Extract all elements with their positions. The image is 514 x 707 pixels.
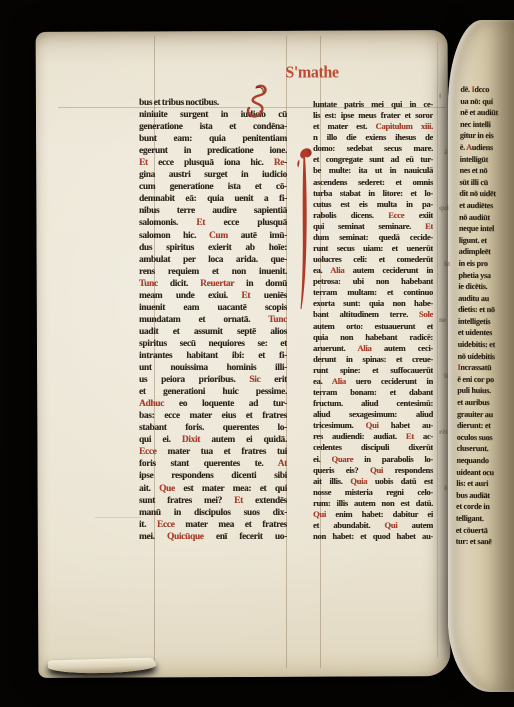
text-line: neque intel bbox=[459, 223, 514, 235]
right-text-column: luntate patris mei qui in ce-lis est: ip… bbox=[313, 99, 433, 542]
gutter-fragment: ā bbox=[444, 148, 448, 156]
text-line: nō uidebitis bbox=[458, 350, 514, 362]
text-line: gitur in eis bbox=[460, 130, 514, 142]
text-line: egerunt in predicatione ione. bbox=[139, 145, 287, 157]
text-line: ait. Que est mater mea: et qui bbox=[139, 483, 287, 495]
text-line: in eis pro bbox=[458, 258, 514, 270]
text-line: phetia ysa bbox=[458, 269, 514, 281]
text-line: ipse respondens dicenti sibi bbox=[139, 470, 287, 482]
text-line: et corde in bbox=[456, 501, 512, 513]
text-line: dierunt: et bbox=[457, 420, 513, 432]
text-line: us peiora prioribus. Sic erit bbox=[139, 374, 287, 386]
text-line: bunt eam: quia penitentiam bbox=[139, 133, 287, 145]
text-line: lis est: ipse meus frater et soror bbox=[313, 110, 433, 121]
text-line: nequando bbox=[456, 455, 512, 467]
text-line: runt spine: et suffocauerūt bbox=[313, 365, 433, 376]
text-line: salomon hic. Cum autē imū- bbox=[139, 230, 287, 242]
text-line: demnabit eā: quia uenit a fi- bbox=[139, 193, 287, 205]
text-line: et mater est. Capitulum xiii. bbox=[313, 121, 433, 132]
text-line: qui seminat seminare. Et bbox=[313, 221, 433, 232]
line-filler-flourish bbox=[245, 84, 269, 124]
gutter-fragment: ūt bbox=[444, 260, 450, 268]
text-line: nec intelli bbox=[460, 118, 514, 130]
text-line: nibus terre audire sapientiā bbox=[139, 205, 287, 217]
text-line: ua nō: qui bbox=[460, 95, 514, 107]
text-line: ē. Audiens bbox=[460, 142, 514, 154]
text-line: lis: et auri bbox=[456, 478, 512, 490]
gutter-fragment: t bbox=[439, 92, 441, 100]
text-line: autem orto: estuauerunt et bbox=[313, 321, 433, 332]
text-line: et uidentes bbox=[458, 327, 514, 339]
text-line: uidebitis: et bbox=[458, 339, 514, 351]
text-line: bus audiāt bbox=[456, 489, 512, 501]
text-line: rum: illis autem non est datū. bbox=[313, 498, 433, 509]
text-line: intelligetis bbox=[458, 316, 514, 328]
text-line: telligant. bbox=[456, 513, 512, 525]
text-line: cedentes discipuli dixerūt bbox=[313, 442, 433, 453]
text-line: ascendens sederet: et omnis bbox=[313, 177, 433, 188]
facing-page-edge: dē. Idccoua nō: quinē et audiūtnec intel… bbox=[448, 20, 514, 692]
text-line: grauiter au bbox=[457, 408, 513, 420]
text-line: dē. Idcco bbox=[460, 84, 514, 96]
text-line: adimpleēt bbox=[459, 246, 514, 258]
chapter-initial-I bbox=[296, 147, 314, 311]
text-line: spiritus secū nequiores se: et bbox=[139, 338, 287, 350]
text-line: ligunt. et bbox=[459, 234, 514, 246]
text-line: foris stant querentes te. At bbox=[139, 458, 287, 470]
text-line: ea. Alia uero ceciderunt in bbox=[313, 376, 433, 387]
text-line: exorta sunt: quia non habe- bbox=[313, 298, 433, 309]
text-line: et cōuertā bbox=[456, 524, 512, 536]
text-line: ea. Alia autem ceciderunt in bbox=[313, 265, 433, 276]
text-line: auditu au bbox=[458, 292, 514, 304]
manuscript-photo: S'mathe bus et tribus noctibus.niniuite … bbox=[0, 0, 514, 707]
left-text-column: bus et tribus noctibus.niniuite surgent … bbox=[139, 97, 287, 543]
text-line: cum generatione ista et cō- bbox=[139, 181, 287, 193]
text-line: oculos suos bbox=[457, 432, 513, 444]
gutter-fragment: īt bbox=[444, 372, 448, 380]
text-line: rens requiem et non inuenit. bbox=[139, 266, 287, 278]
text-line: queris eis? Qui respondens bbox=[313, 465, 433, 476]
text-line: qui ei. Dixit autem ei quidā. bbox=[139, 434, 287, 446]
text-line: res audiendi: audiat. Et ac- bbox=[313, 431, 433, 442]
text-line: dum seminat: quedā cecide- bbox=[313, 232, 433, 243]
text-line: terram multam: et continuo bbox=[313, 287, 433, 298]
text-line: Adhuc eo loquente ad tur- bbox=[139, 398, 287, 410]
text-line: petrosa: ubi non habebant bbox=[313, 276, 433, 287]
text-line: dit nō uidēt bbox=[459, 188, 514, 200]
text-line: meam unde exiui. Et ueniēs bbox=[139, 290, 287, 302]
gutter-fragment: qui bbox=[439, 204, 449, 212]
text-line: inuenit eam uacantē scopis bbox=[139, 302, 287, 314]
gutter-fragment: ne bbox=[439, 316, 446, 324]
text-line: et generationi huic pessime. bbox=[139, 386, 287, 398]
text-line: rabolis dicens. Ecce exiit bbox=[313, 210, 433, 221]
text-line: stabant foris. querentes lo- bbox=[139, 422, 287, 434]
text-line: ie dicētis. bbox=[458, 281, 514, 293]
text-line: ambulat per loca arida. que- bbox=[139, 254, 287, 266]
text-line: it. Ecce mater mea et fratres bbox=[139, 519, 287, 531]
text-line: tur: et sanē bbox=[456, 536, 512, 548]
text-line: puli huius. bbox=[457, 385, 513, 397]
text-line: luntate patris mei qui in ce- bbox=[313, 99, 433, 110]
text-line: uadit et assumit septē alios bbox=[139, 326, 287, 338]
text-line: Et ecce plusquā iona hic. Re- bbox=[139, 157, 287, 169]
text-line: uideant ocu bbox=[456, 466, 512, 478]
text-line: et auribus bbox=[457, 397, 513, 409]
text-line: mei. Quicūque enī fecerit uo- bbox=[139, 531, 287, 543]
gutter-fragment: ō bbox=[444, 484, 448, 492]
text-line: bant altitudinem terre. Sole bbox=[313, 309, 433, 320]
text-line: be multe: ita ut in nauiculā bbox=[313, 165, 433, 176]
text-line: sūt illi cū bbox=[459, 176, 514, 188]
text-line: runt secus uiam: et uenerūt bbox=[313, 243, 433, 254]
text-line: Incrassatū bbox=[457, 362, 513, 374]
text-line: turba stabat in litore: et lo- bbox=[313, 188, 433, 199]
text-line: bas: ecce mater eius et fratres bbox=[139, 410, 287, 422]
text-line: dus spiritus exierit ab hoīe: bbox=[139, 242, 287, 254]
text-line: domo: sedebat secus mare. bbox=[313, 143, 433, 154]
text-line: nosse misteria regni celo- bbox=[313, 487, 433, 498]
text-line: nes et nō bbox=[459, 165, 514, 177]
text-line: et abundabit. Qui autem bbox=[313, 520, 433, 531]
gutter-fragment: rēt bbox=[439, 428, 448, 436]
text-line: tricesimum. Qui habet au- bbox=[313, 420, 433, 431]
text-line: n illo die exiens ihesus de bbox=[313, 132, 433, 143]
text-line: non habet: et quod habet au- bbox=[313, 531, 433, 542]
text-line: terram bonam: et dabant bbox=[313, 387, 433, 398]
text-line: ē eni cor po bbox=[457, 374, 513, 386]
text-line: nē et audiūt bbox=[460, 107, 514, 119]
text-line: Ecce mater tua et fratres tui bbox=[139, 446, 287, 458]
ruling-line-horizontal-margin bbox=[95, 517, 141, 518]
text-line: aruerunt. Alia autem ceci- bbox=[313, 343, 433, 354]
text-line: Tunc dicit. Reuertar in domū bbox=[139, 278, 287, 290]
text-line: et audiētes bbox=[459, 200, 514, 212]
text-line: intrantes habitant ibi: et fi- bbox=[139, 350, 287, 362]
text-line: ait illis. Quia uobis datū est bbox=[313, 476, 433, 487]
facing-page-text-column: dē. Idccoua nō: quinē et audiūtnec intel… bbox=[456, 84, 514, 548]
text-line: manū in discipulos suos dix- bbox=[139, 507, 287, 519]
running-title: S'mathe bbox=[266, 63, 358, 82]
text-line: derunt in spinas: et creue- bbox=[313, 354, 433, 365]
text-line: uolucres celi: et comederūt bbox=[313, 254, 433, 265]
text-line: mundatam et ornatā. Tunc bbox=[139, 314, 287, 326]
text-line: cluserunt. bbox=[457, 443, 513, 455]
ruling-line-vertical-4 bbox=[437, 42, 438, 658]
text-line: fructum. aliud centesimū: bbox=[313, 398, 433, 409]
text-line: Qui enim habet: dabitur ei bbox=[313, 509, 433, 520]
text-line: sunt fratres mei? Et extendēs bbox=[139, 495, 287, 507]
text-line: nō audiūt bbox=[459, 211, 514, 223]
text-line: aliud sexagesimum: aliud bbox=[313, 409, 433, 420]
text-line: intelligūt bbox=[460, 153, 514, 165]
text-line: gina austri surget in iudicio bbox=[139, 169, 287, 181]
text-line: salomonis. Et ecce plusquā bbox=[139, 217, 287, 229]
text-line: quia non habebant radicē: bbox=[313, 332, 433, 343]
text-line: unt nouissima hominis illi- bbox=[139, 362, 287, 374]
text-line: cutus est eis multa in pa- bbox=[313, 199, 433, 210]
text-line: ei. Quare in parabolis lo- bbox=[313, 454, 433, 465]
text-line: et congregate sunt ad eū tur- bbox=[313, 154, 433, 165]
text-line: dietis: et nō bbox=[458, 304, 514, 316]
